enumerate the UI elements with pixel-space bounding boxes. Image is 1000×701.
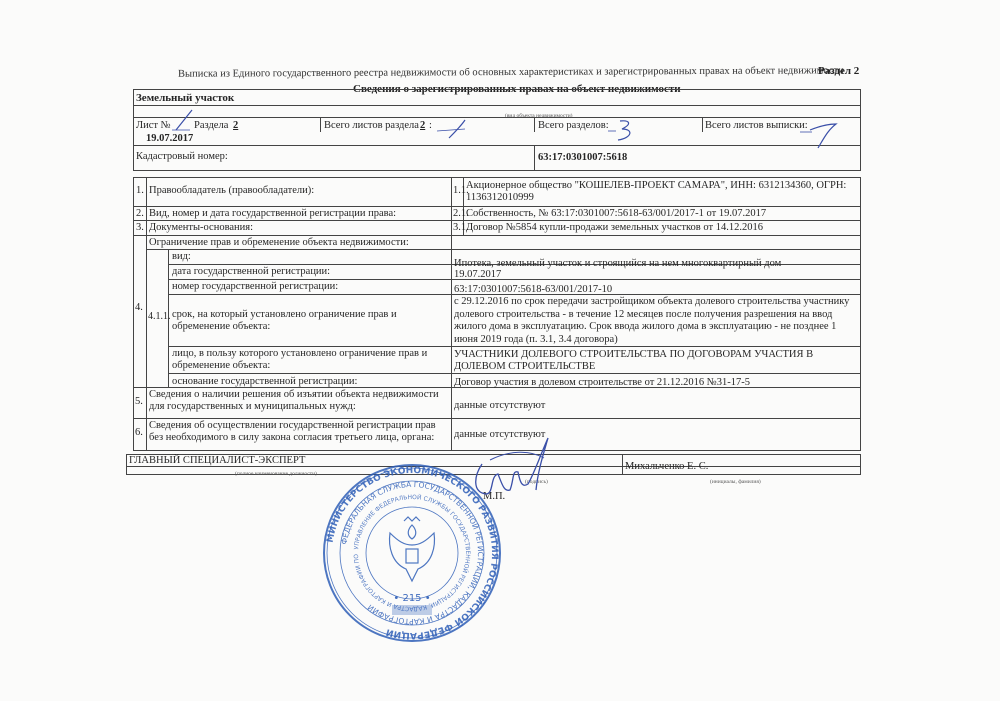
handwritten-total-sheets-section <box>435 118 475 140</box>
row-2-number: 2. <box>136 208 144 220</box>
cadastral-label: Кадастровый номер: <box>136 151 228 163</box>
handwritten-total-sections <box>608 118 638 144</box>
position-caption: (полное наименование должности) <box>235 468 317 480</box>
encumbrance-kind-value: Ипотека, земельный участок и строящийся … <box>454 258 781 270</box>
signer-position: ГЛАВНЫЙ СПЕЦИАЛИСТ-ЭКСПЕРТ <box>129 455 305 467</box>
extract-date: 19.07.2017 <box>146 133 193 145</box>
encumbrance-kind-label: вид: <box>172 251 191 263</box>
row-2-value: Собственность, № 63:17:0301007:5618-63/0… <box>466 208 766 220</box>
encumbrance-date-value: 19.07.2017 <box>454 269 501 281</box>
row-5-label: Сведения о наличии решения об изъятии об… <box>149 389 449 413</box>
encumbrance-beneficiary-label: лицо, в пользу которого установлено огра… <box>172 348 432 372</box>
encumbrance-beneficiary-value: УЧАСТНИКИ ДОЛЕВОГО СТРОИТЕЛЬСТВА ПО ДОГО… <box>454 349 844 373</box>
row-5-value: данные отсутствуют <box>454 400 545 412</box>
object-type: Земельный участок <box>136 92 234 104</box>
name-caption: (инициалы, фамилия) <box>710 476 761 488</box>
encumbrance-term-label: срок, на который установлено ограничение… <box>172 309 450 333</box>
row-1-number: 1. <box>136 185 144 197</box>
signer-name: Михальченко Е. С. <box>625 461 708 473</box>
row-4-sub: 4.1.1. <box>148 311 171 323</box>
row-3-value: Договор №5854 купли-продажи земельных уч… <box>466 222 763 234</box>
encumbrance-number-value: 63:17:0301007:5618-63/001/2017-10 <box>454 284 612 296</box>
encumbrance-date-label: дата государственной регистрации: <box>172 266 330 278</box>
row-1-value: Акционерное общество "КОШЕЛЕВ-ПРОЕКТ САМ… <box>466 180 858 204</box>
row-3-number: 3. <box>136 222 144 234</box>
document-title: Выписка из Единого государственного реес… <box>178 65 844 79</box>
cadastral-number: 63:17:0301007:5618 <box>538 152 627 164</box>
row-4-number: 4. <box>135 302 143 314</box>
svg-text:• 215 •: • 215 • <box>393 593 430 604</box>
row-4-title: Ограничение прав и обременение объекта н… <box>149 237 409 249</box>
section-label: Раздел 2 <box>818 65 859 77</box>
row-6-number: 6. <box>135 427 143 439</box>
handwritten-total-sheets-extract <box>800 120 840 150</box>
row-6-label: Сведения об осуществлении государственно… <box>149 420 449 444</box>
total-sheets-section-value: 2 <box>420 120 425 132</box>
section-no-value: 2 <box>233 120 238 132</box>
encumbrance-term-value: с 29.12.2016 по срок передачи застройщик… <box>454 296 858 346</box>
encumbrance-basis-value: Договор участия в долевом строительстве … <box>454 377 750 389</box>
colon-separator: : <box>429 120 432 132</box>
row-2-label: Вид, номер и дата государственной регист… <box>149 208 396 220</box>
encumbrance-basis-label: основание государственной регистрации: <box>172 376 357 388</box>
row-3-label: Документы-основания: <box>149 222 253 234</box>
total-sections-label: Всего разделов: <box>538 120 609 132</box>
row-5-number: 5. <box>135 396 143 408</box>
row-1-label: Правообладатель (правообладатели): <box>149 185 314 197</box>
total-sheets-section-label: Всего листов раздела <box>324 120 419 132</box>
total-sheets-extract-label: Всего листов выписки: <box>705 120 808 132</box>
handwritten-sheet-number <box>170 108 200 134</box>
encumbrance-number-label: номер государственной регистрации: <box>172 281 338 293</box>
sheet-no-label: Лист № <box>136 120 171 132</box>
official-stamp: МИНИСТЕРСТВО ЭКОНОМИЧЕСКОГО РАЗВИТИЯ РОС… <box>322 463 502 643</box>
